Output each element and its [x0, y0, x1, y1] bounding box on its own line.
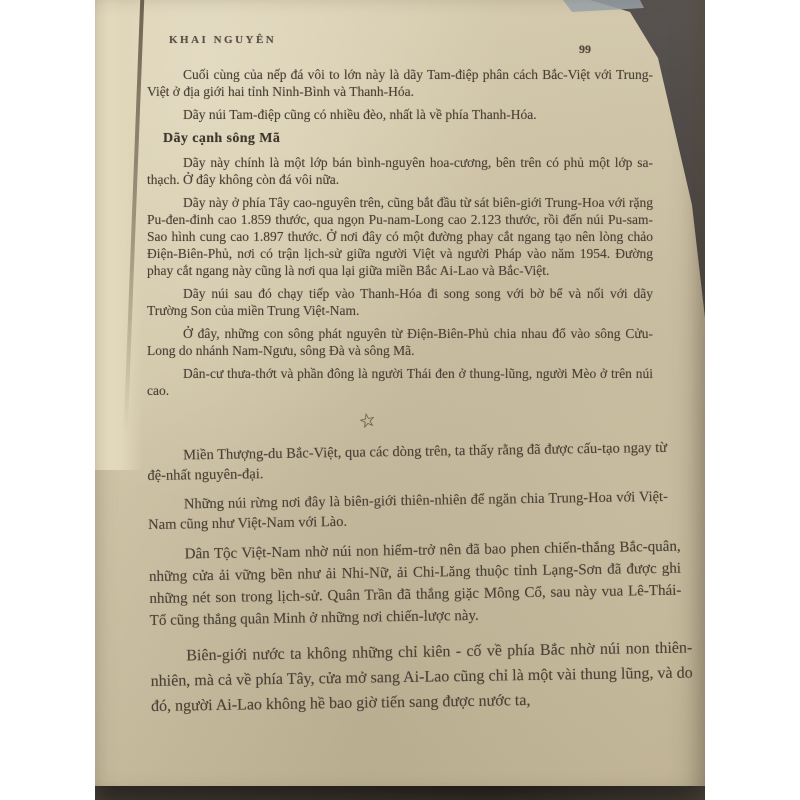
page-edge-highlight	[95, 0, 705, 16]
paragraph: Dân-cư thưa-thớt và phần đông là người T…	[147, 365, 653, 399]
page-number: 99	[579, 42, 591, 57]
star-icon: ☆	[357, 408, 378, 434]
page-gutter-fold	[95, 0, 143, 470]
body-text-upper: Cuối cùng của nếp đá vôi to lớn này là d…	[147, 66, 689, 433]
paragraph: Dãy này chính là một lớp bán bình-nguyên…	[147, 154, 653, 188]
page-header: KHAI NGUYÊN 99	[147, 28, 689, 52]
body-text-lower: Miền Thượng-du Bắc-Việt, qua các dòng tr…	[147, 437, 693, 718]
section-subheading: Dãy cạnh sông Mã	[147, 130, 669, 147]
section-separator: ☆	[147, 410, 689, 433]
paragraph: Biên-giới nước ta không những chỉ kiên -…	[150, 635, 693, 719]
book-page-photo: KHAI NGUYÊN 99 Cuối cùng của nếp đá vôi …	[95, 0, 705, 800]
paragraph: Miền Thượng-du Bắc-Việt, qua các dòng tr…	[147, 438, 668, 486]
paragraph: Ở đây, những con sông phát nguyên từ Điệ…	[147, 325, 653, 359]
paragraph: Dân Tộc Việt-Nam nhờ núi non hiểm-trở nê…	[149, 536, 682, 632]
running-header: KHAI NGUYÊN	[169, 34, 276, 46]
paragraph: Dãy này ở phía Tây cao-nguyên trên, cũng…	[147, 194, 653, 279]
paragraph: Cuối cùng của nếp đá vôi to lớn này là d…	[147, 66, 653, 100]
table-background-bottom	[95, 786, 705, 800]
printed-page-content: KHAI NGUYÊN 99 Cuối cùng của nếp đá vôi …	[147, 28, 689, 719]
paragraph: Dãy núi sau đó chạy tiếp vào Thanh-Hóa đ…	[147, 285, 653, 319]
paragraph: Dãy núi Tam-điệp cũng có nhiều đèo, nhất…	[147, 106, 653, 123]
paragraph: Những núi rừng nơi đây là biên-giới thiê…	[148, 487, 669, 535]
